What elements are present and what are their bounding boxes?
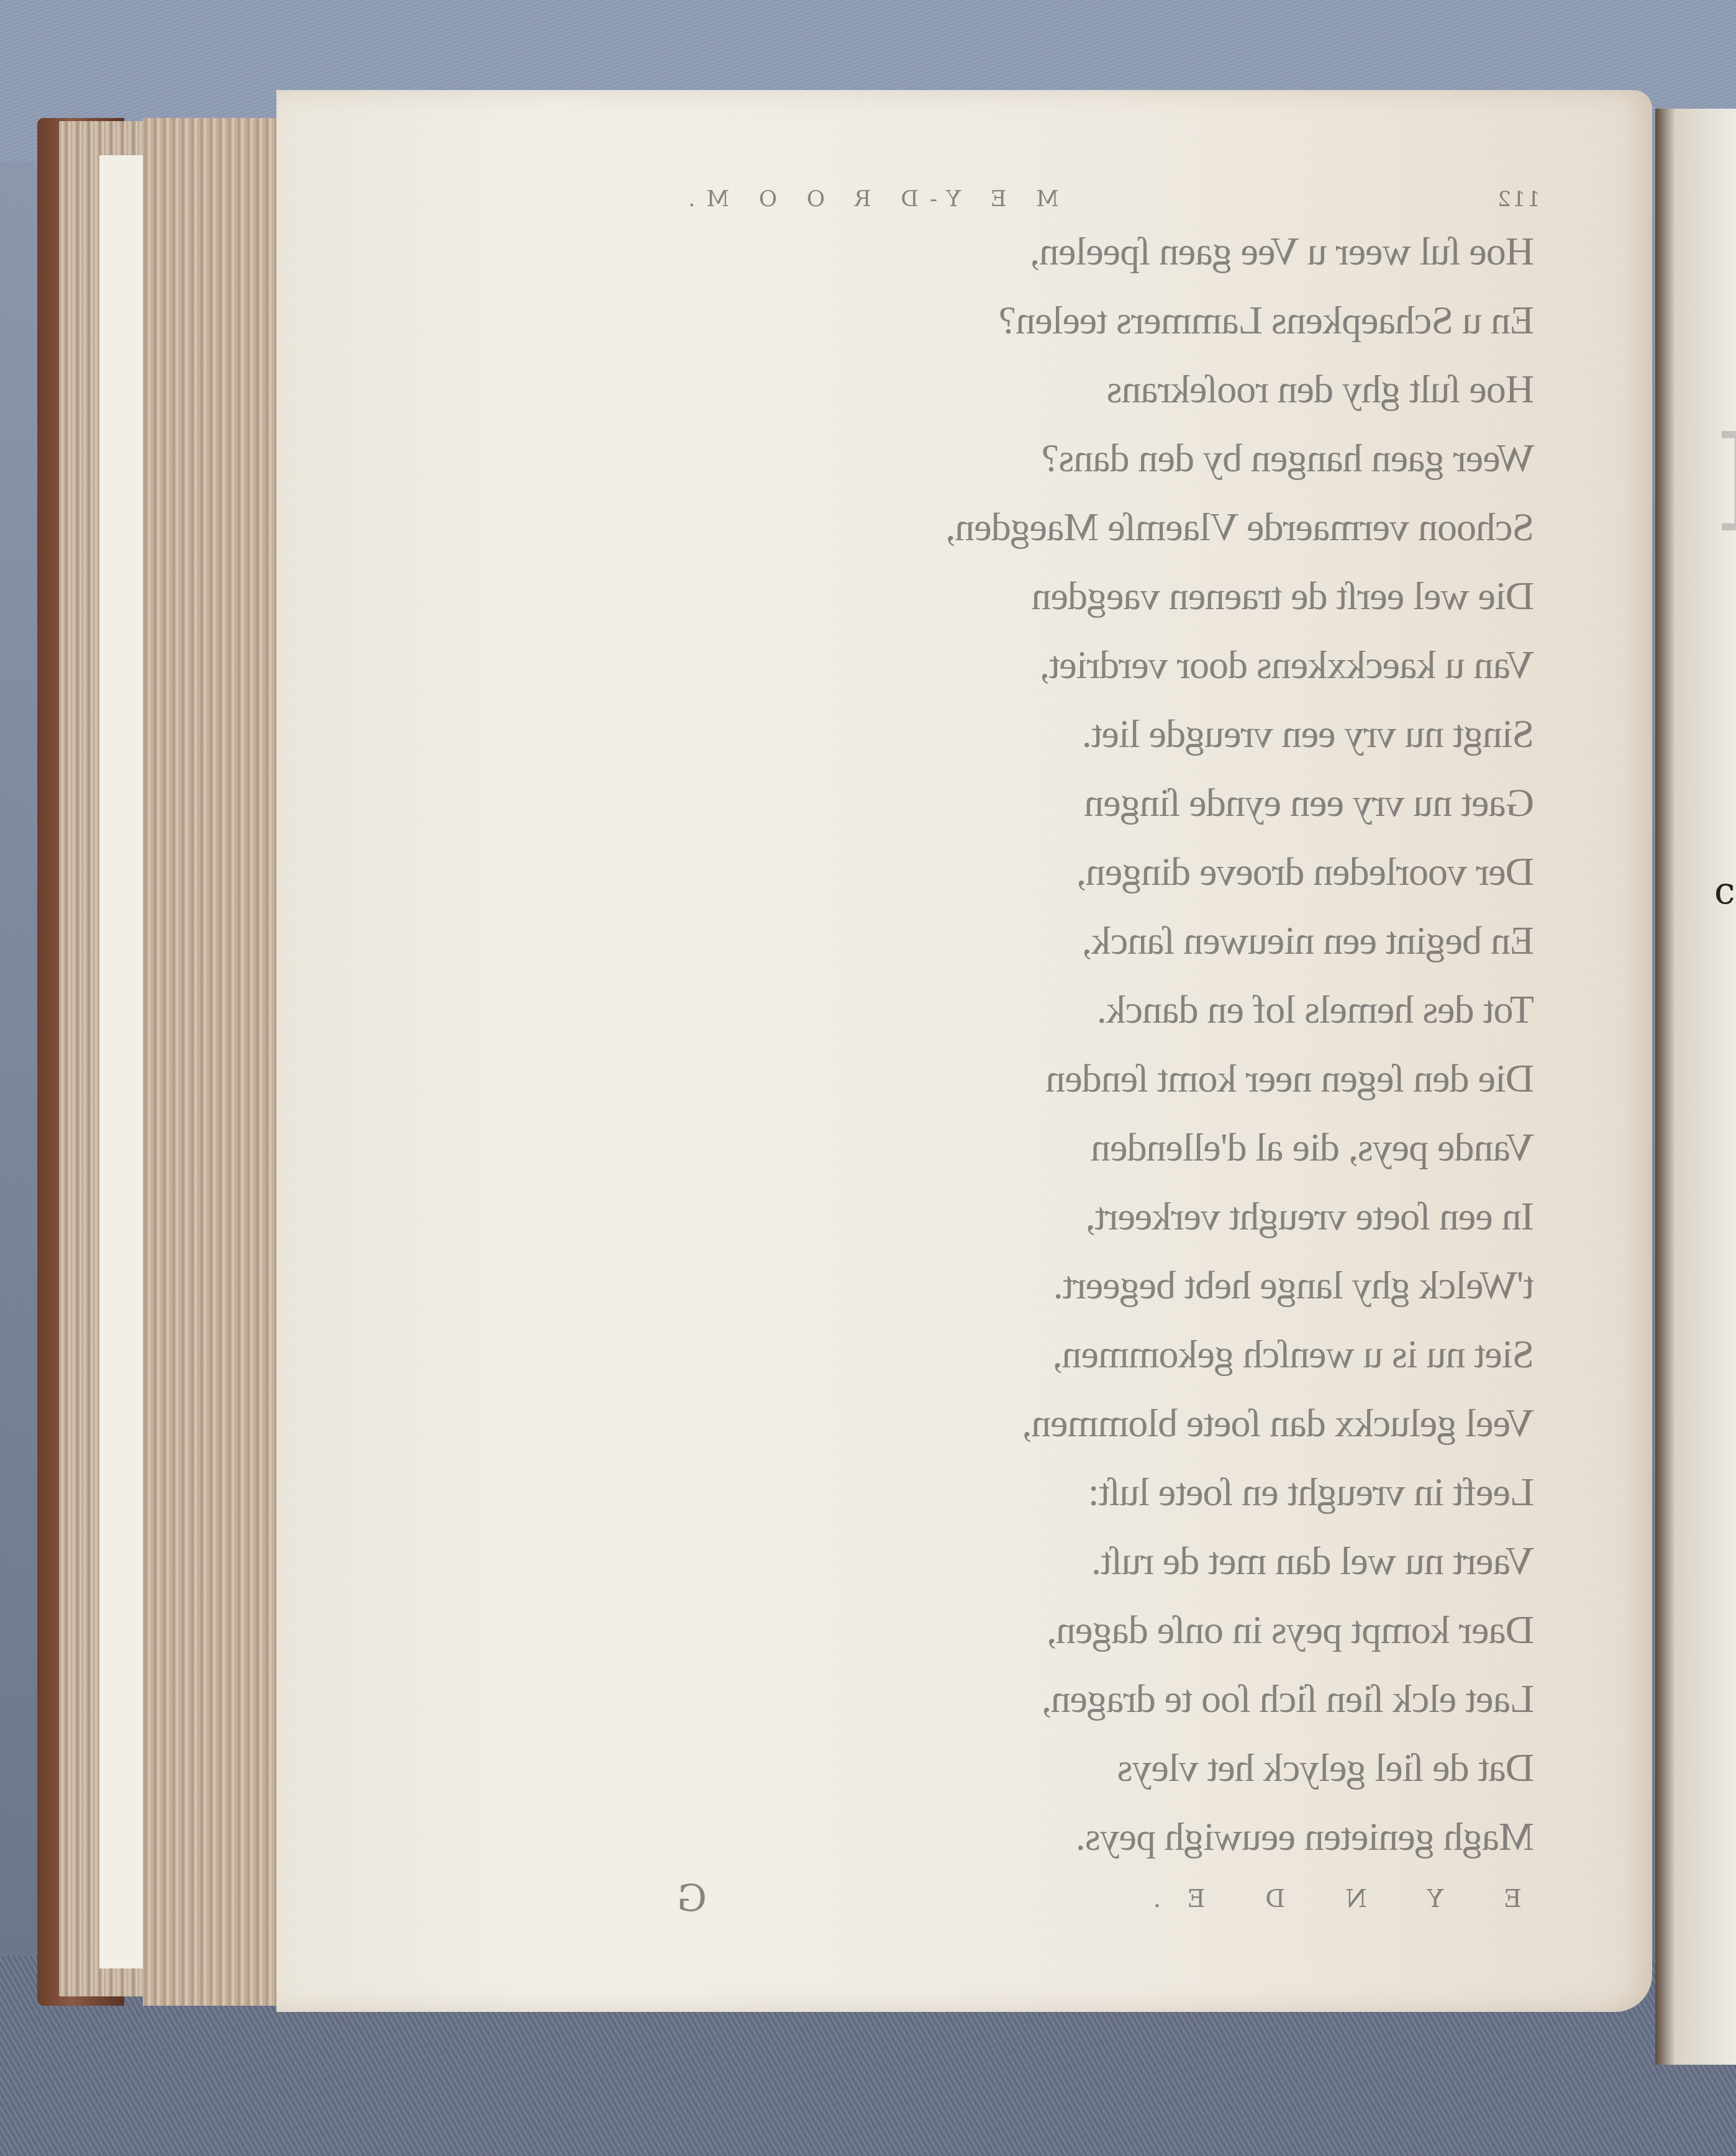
flyleaf — [99, 155, 143, 1968]
facing-page-letter: c — [1714, 869, 1735, 913]
verse-line: Der voorleden droeve dingen, — [677, 837, 1559, 906]
verse-line: Daer kompt peys in onſe dagen, — [677, 1595, 1559, 1664]
verse-line: Vande peys, die al d'ellenden — [677, 1113, 1559, 1182]
page-header: 112 M E Y-D R O O M. — [677, 186, 1559, 212]
verse-line: Weer gaen hangen by den dans? — [677, 423, 1559, 492]
verse-line: Laet elck ſien ſich ſoo te dragen, — [677, 1664, 1559, 1733]
verse-line: Siet nu is u wenſch gekommen, — [677, 1320, 1559, 1388]
verse-line: Vaert nu wel dan met de ruſt. — [677, 1526, 1559, 1595]
verse-line: t'Welck ghy lange hebt begeert. — [677, 1251, 1559, 1320]
verse-line: Magh genieten eeuwigh peys. — [677, 1802, 1559, 1871]
verse-line: Dat de ſiel gelyck het vleys — [677, 1733, 1559, 1802]
verse-line: En u Schaepkens Lammers teelen? — [677, 286, 1559, 355]
running-head: M E Y-D R O O M. — [677, 186, 1059, 212]
end-word: E Y N D E. — [1127, 1885, 1522, 1913]
page-number: 112 — [1496, 187, 1540, 212]
verse-line: En begint een nieuwen ſanck, — [677, 906, 1559, 975]
signature-mark: G — [677, 1877, 707, 1921]
facing-page-bleed-letter: I — [1714, 404, 1736, 563]
verse-line: In een ſoete vreught verkeert, — [677, 1182, 1559, 1251]
verse-line: Gaet nu vry een eynde ſingen — [677, 768, 1559, 837]
verse-line: Hoe ſul weer u Vee gaen ſpeelen, — [677, 217, 1559, 286]
verse-line: Schoon vermaerde Vlaemſe Maegden, — [677, 492, 1559, 561]
verse-line: Singt nu vry een vreugde liet. — [677, 699, 1559, 768]
verse-line: Die wel eerſt de traenen vaegden — [677, 561, 1559, 630]
verse-line: Van u kaeckxkens door verdriet, — [677, 630, 1559, 699]
verse-line: Leeft in vreught en ſoete luſt: — [677, 1457, 1559, 1526]
verse-line: Die den ſegen neer komt ſenden — [677, 1044, 1559, 1113]
verse-line: Tot des hemels lof en danck. — [677, 975, 1559, 1044]
page-footer: E Y N D E. G — [677, 1877, 1559, 1921]
bleed-through-text: 112 M E Y-D R O O M. Hoe ſul weer u Vee … — [677, 186, 1559, 1921]
verse-line: Veel geluckx dan ſoete blommen, — [677, 1388, 1559, 1457]
page-edge-stack — [143, 118, 279, 2006]
facing-page — [1655, 109, 1736, 2065]
verse-lines: Hoe ſul weer u Vee gaen ſpeelen, En u Sc… — [677, 217, 1559, 1871]
verse-line: Hoe ſult ghy den rooſekrans — [677, 355, 1559, 423]
